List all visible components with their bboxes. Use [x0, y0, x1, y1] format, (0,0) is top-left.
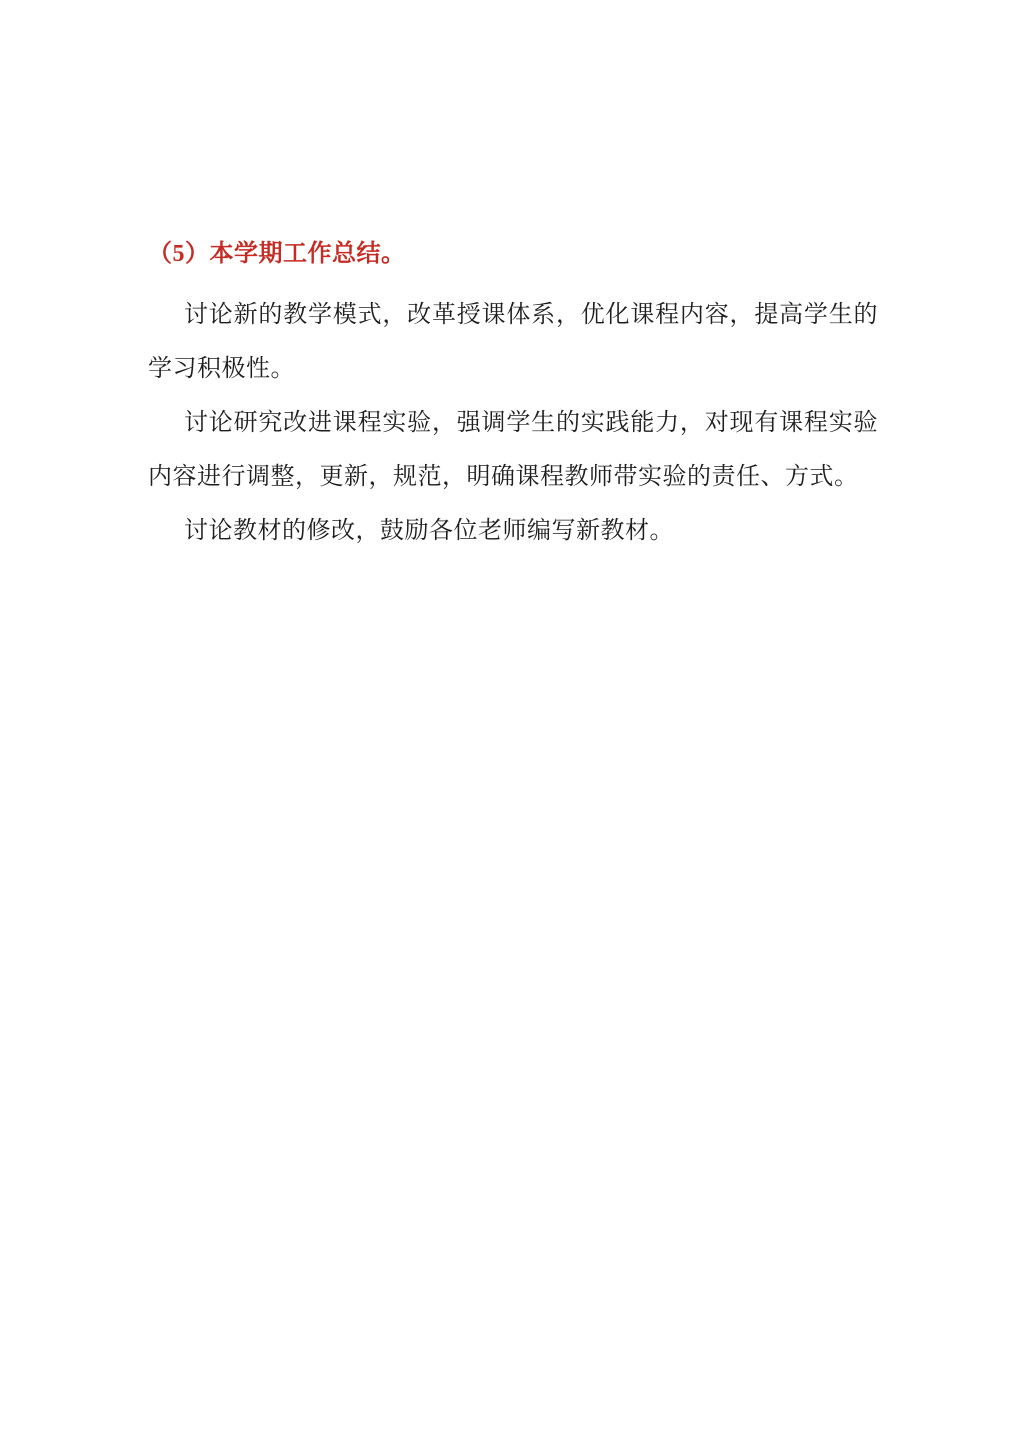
section-heading: （5）本学期工作总结。 [148, 238, 406, 270]
document-body: 讨论新的教学模式，改革授课体系，优化课程内容，提高学生的学习积极性。讨论研究改进… [148, 288, 878, 558]
paragraph: 讨论教材的修改，鼓励各位老师编写新教材。 [148, 504, 878, 558]
paragraph: 讨论研究改进课程实验，强调学生的实践能力，对现有课程实验内容进行调整，更新，规范… [148, 396, 878, 504]
paragraph-line: 讨论教材的修改，鼓励各位老师编写新教材。 [148, 504, 878, 558]
paragraph-line: 讨论新的教学模式，改革授课体系，优化课程内容，提高学生的 [148, 288, 878, 342]
paragraph-line: 学习积极性。 [148, 342, 878, 396]
document-page: （5）本学期工作总结。 讨论新的教学模式，改革授课体系，优化课程内容，提高学生的… [0, 0, 1024, 1448]
paragraph-line: 内容进行调整，更新，规范，明确课程教师带实验的责任、方式。 [148, 450, 878, 504]
paragraph: 讨论新的教学模式，改革授课体系，优化课程内容，提高学生的学习积极性。 [148, 288, 878, 396]
paragraph-line: 讨论研究改进课程实验，强调学生的实践能力，对现有课程实验 [148, 396, 878, 450]
